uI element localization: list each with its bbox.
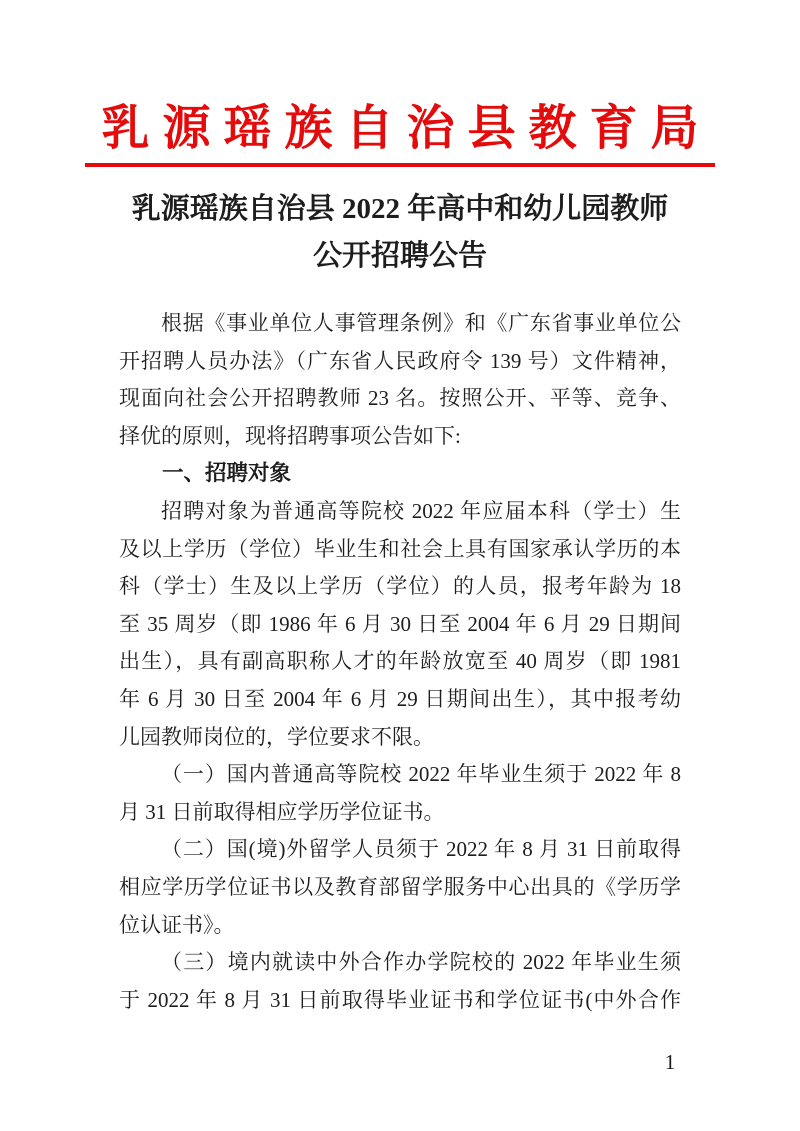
- body-line: 至 35 周岁（即 1986 年 6 月 30 日至 2004 年 6 月 29…: [119, 606, 681, 644]
- document-title-line-2: 公开招聘公告: [0, 233, 800, 280]
- section-heading: 一、招聘对象: [119, 455, 681, 493]
- letterhead-rule: [85, 163, 715, 167]
- body-line: 择优的原则，现将招聘事项公告如下:: [119, 418, 681, 456]
- body-line: 科（学士）生及以上学历（学位）的人员，报考年龄为 18: [119, 568, 681, 606]
- body-line: 儿园教师岗位的，学位要求不限。: [119, 719, 681, 757]
- letterhead-org-name: 乳源瑶族自治县教育局: [0, 104, 800, 154]
- body-line: （一）国内普通高等院校 2022 年毕业生须于 2022 年 8: [119, 756, 681, 794]
- body-line: 招聘对象为普通高等院校 2022 年应届本科（学士）生: [119, 493, 681, 531]
- body-line: 年 6 月 30 日至 2004 年 6 月 29 日期间出生），其中报考幼: [119, 681, 681, 719]
- body-line: 开招聘人员办法》（广东省人民政府令 139 号）文件精神，: [119, 343, 681, 381]
- body-line: 位认证书》。: [119, 907, 681, 945]
- body-line: 现面向社会公开招聘教师 23 名。按照公开、平等、竞争、: [119, 380, 681, 418]
- body-line: 相应学历学位证书以及教育部留学服务中心出具的《学历学: [119, 869, 681, 907]
- body-line: （二）国(境)外留学人员须于 2022 年 8 月 31 日前取得: [119, 831, 681, 869]
- letterhead: 乳源瑶族自治县教育局: [0, 104, 800, 167]
- body-line: （三）境内就读中外合作办学院校的 2022 年毕业生须: [119, 944, 681, 982]
- body-line: 月 31 日前取得相应学历学位证书。: [119, 794, 681, 832]
- document-page: 乳源瑶族自治县教育局 乳源瑶族自治县 2022 年高中和幼儿园教师 公开招聘公告…: [0, 0, 800, 1131]
- page-number: 1: [640, 1050, 700, 1075]
- document-title-line-1: 乳源瑶族自治县 2022 年高中和幼儿园教师: [0, 186, 800, 233]
- body-line: 根据《事业单位人事管理条例》和《广东省事业单位公: [119, 305, 681, 343]
- document-body: 根据《事业单位人事管理条例》和《广东省事业单位公开招聘人员办法》（广东省人民政府…: [119, 305, 681, 1019]
- body-line: 及以上学历（学位）毕业生和社会上具有国家承认学历的本: [119, 531, 681, 569]
- document-title: 乳源瑶族自治县 2022 年高中和幼儿园教师 公开招聘公告: [0, 186, 800, 280]
- body-line: 于 2022 年 8 月 31 日前取得毕业证书和学位证书(中外合作: [119, 982, 681, 1020]
- body-line: 出生），具有副高职称人才的年龄放宽至 40 周岁（即 1981: [119, 643, 681, 681]
